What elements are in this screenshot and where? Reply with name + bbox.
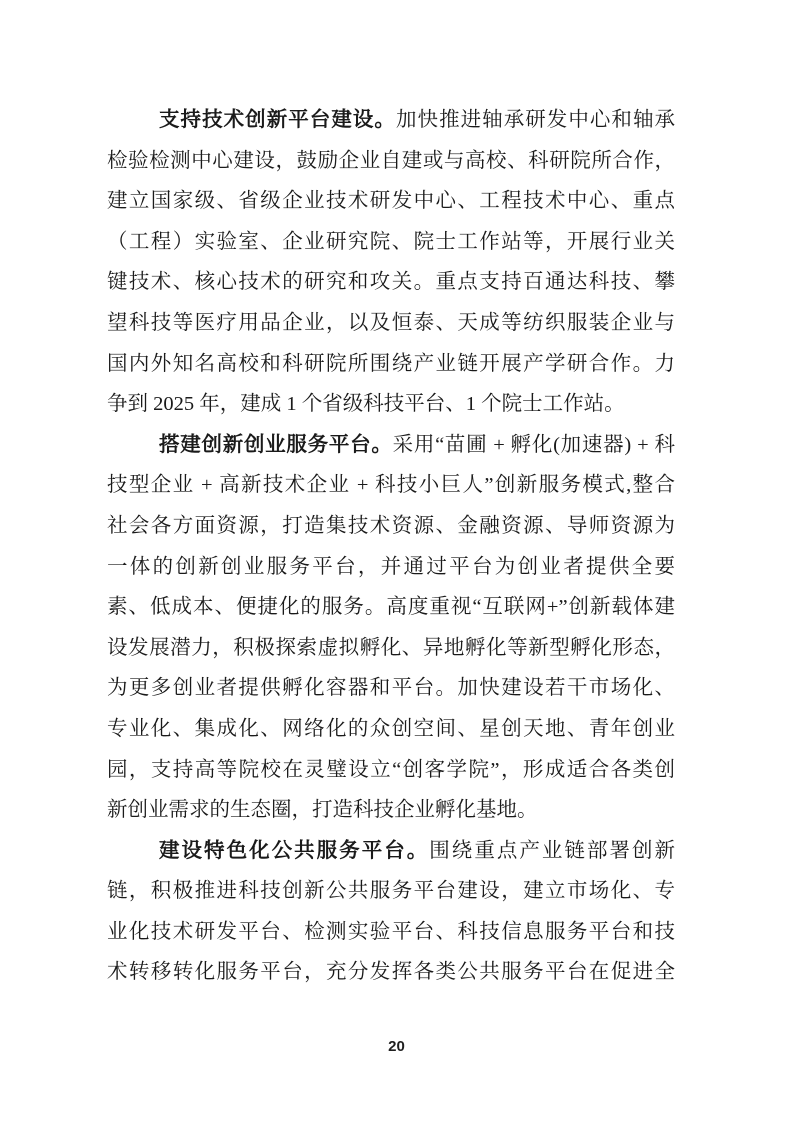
line-text: 链，积极推进科技创新公共服务平台建设，建立市场化、专 [107,880,675,902]
text-line: 建立国家级、省级企业技术研发中心、工程技术中心、重点 [107,181,675,222]
text-line: 园，支持高等院校在灵璧设立“创客学院”，形成适合各类创 [107,750,675,791]
line-text: 为更多创业者提供孵化容器和平台。加快建设若干市场化、 [107,677,675,699]
line-text: 新创业需求的生态圈，打造科技企业孵化基地。 [107,799,538,821]
line-text: 业化技术研发平台、检测实验平台、科技信息服务平台和技 [107,921,675,943]
text-line: 支持技术创新平台建设。加快推进轴承研发中心和轴承 [107,100,675,141]
text-line: 业化技术研发平台、检测实验平台、科技信息服务平台和技 [107,912,675,953]
paragraph: 建设特色化公共服务平台。围绕重点产业链部署创新链，积极推进科技创新公共服务平台建… [107,831,675,993]
document-text: 支持技术创新平台建设。加快推进轴承研发中心和轴承检验检测中心建设，鼓励企业自建或… [107,100,675,993]
line-text: 国内外知名高校和科研院所围绕产业链开展产学研合作。力 [107,353,675,375]
line-text: 争到 2025 年，建成 1 个省级科技平台、1 个院士工作站。 [107,393,625,415]
text-line: 建设特色化公共服务平台。围绕重点产业链部署创新 [107,831,675,872]
line-text: 设发展潜力，积极探索虚拟孵化、异地孵化等新型孵化形态， [107,637,675,659]
text-line: 一体的创新创业服务平台，并通过平台为创业者提供全要 [107,547,675,588]
text-line: 争到 2025 年，建成 1 个省级科技平台、1 个院士工作站。 [107,384,675,425]
paragraph: 搭建创新创业服务平台。采用“苗圃 + 孵化(加速器) + 科技型企业 + 高新技… [107,425,675,831]
text-line: 检验检测中心建设，鼓励企业自建或与高校、科研院所合作， [107,141,675,182]
paragraph-heading: 建设特色化公共服务平台。 [159,840,429,862]
line-text: 围绕重点产业链部署创新 [429,840,675,862]
text-line: 新创业需求的生态圈，打造科技企业孵化基地。 [107,790,675,831]
line-text: 术转移转化服务平台，充分发挥各类公共服务平台在促进全 [107,961,675,983]
line-text: 加快推进轴承研发中心和轴承 [396,109,675,131]
line-text: 键技术、核心技术的研究和攻关。重点支持百通达科技、攀 [107,271,675,293]
page-number: 20 [388,1038,405,1055]
text-line: 链，积极推进科技创新公共服务平台建设，建立市场化、专 [107,871,675,912]
text-line: 素、低成本、便捷化的服务。高度重视“互联网+”创新载体建 [107,587,675,628]
line-text: 社会各方面资源，打造集技术资源、金融资源、导师资源为 [107,515,675,537]
text-line: 键技术、核心技术的研究和攻关。重点支持百通达科技、攀 [107,262,675,303]
line-text: 技型企业 + 高新技术企业 + 科技小巨人”创新服务模式,整合 [107,474,675,496]
text-line: 技型企业 + 高新技术企业 + 科技小巨人”创新服务模式,整合 [107,465,675,506]
text-line: 术转移转化服务平台，充分发挥各类公共服务平台在促进全 [107,952,675,993]
text-line: 社会各方面资源，打造集技术资源、金融资源、导师资源为 [107,506,675,547]
line-text: （工程）实验室、企业研究院、院士工作站等，开展行业关 [107,231,675,253]
line-text: 专业化、集成化、网络化的众创空间、星创天地、青年创业 [107,718,675,740]
paragraph-heading: 搭建创新创业服务平台。 [159,434,393,456]
paragraph: 支持技术创新平台建设。加快推进轴承研发中心和轴承检验检测中心建设，鼓励企业自建或… [107,100,675,425]
line-text: 素、低成本、便捷化的服务。高度重视“互联网+”创新载体建 [107,596,675,618]
line-text: 建立国家级、省级企业技术研发中心、工程技术中心、重点 [107,190,675,212]
line-text: 望科技等医疗用品企业，以及恒泰、天成等纺织服装企业与 [107,312,675,334]
text-line: 为更多创业者提供孵化容器和平台。加快建设若干市场化、 [107,668,675,709]
line-text: 采用“苗圃 + 孵化(加速器) + 科 [393,434,675,456]
text-line: （工程）实验室、企业研究院、院士工作站等，开展行业关 [107,222,675,263]
page-footer: 20 [0,1038,793,1056]
line-text: 园，支持高等院校在灵璧设立“创客学院”，形成适合各类创 [107,759,675,781]
line-text: 一体的创新创业服务平台，并通过平台为创业者提供全要 [107,556,675,578]
text-line: 国内外知名高校和科研院所围绕产业链开展产学研合作。力 [107,344,675,385]
text-line: 望科技等医疗用品企业，以及恒泰、天成等纺织服装企业与 [107,303,675,344]
text-line: 专业化、集成化、网络化的众创空间、星创天地、青年创业 [107,709,675,750]
document-page: 支持技术创新平台建设。加快推进轴承研发中心和轴承检验检测中心建设，鼓励企业自建或… [0,0,793,1122]
line-text: 检验检测中心建设，鼓励企业自建或与高校、科研院所合作， [107,150,675,172]
text-line: 设发展潜力，积极探索虚拟孵化、异地孵化等新型孵化形态， [107,628,675,669]
paragraph-heading: 支持技术创新平台建设。 [159,109,396,131]
text-line: 搭建创新创业服务平台。采用“苗圃 + 孵化(加速器) + 科 [107,425,675,466]
